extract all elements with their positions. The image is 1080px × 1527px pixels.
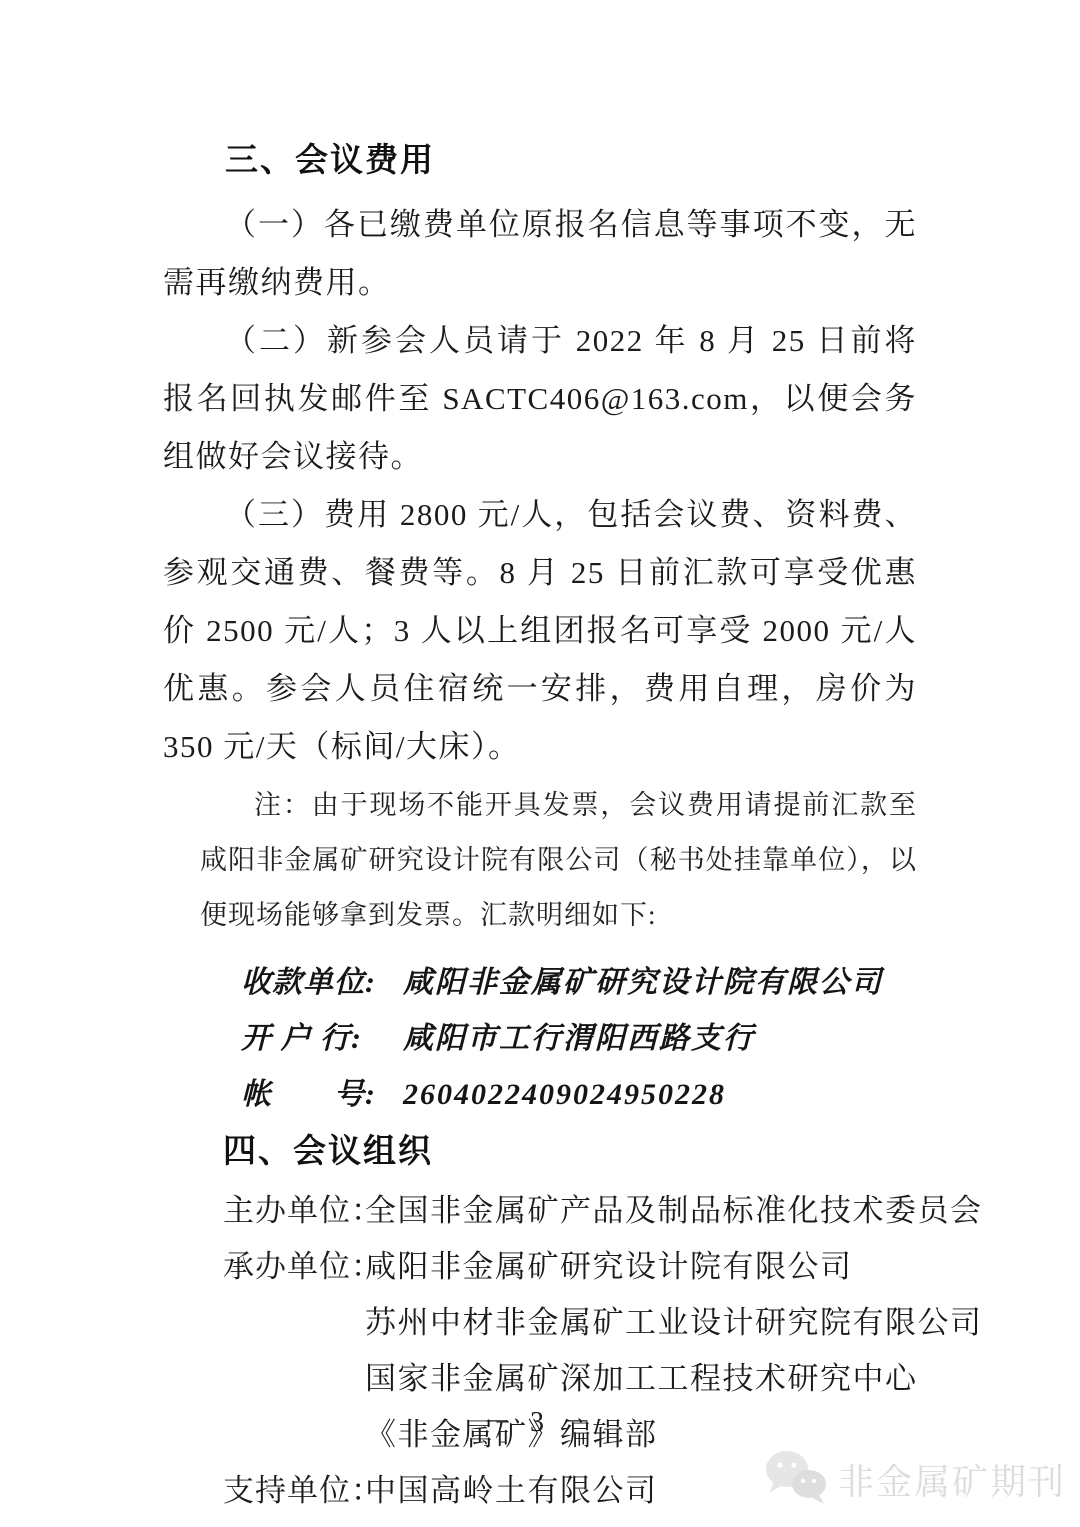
remittance-details: 收款单位: 咸阳非金属矿研究设计院有限公司 开 户 行: 咸阳市工行渭阳西路支行… <box>241 955 917 1123</box>
watermark-label: 非金属矿期刊 <box>838 1454 1066 1505</box>
org-row-host: 主办单位： 全国非金属矿产品及制品标准化技术委员会 <box>223 1183 917 1239</box>
org-row-organizer-2: 苏州中材非金属矿工业设计研究院有限公司 <box>223 1295 917 1351</box>
org-row-organizer-1: 承办单位： 咸阳非金属矿研究设计院有限公司 <box>223 1239 917 1295</box>
organizer-value-2: 苏州中材非金属矿工业设计研究院有限公司 <box>365 1295 983 1351</box>
fees-paragraph-1: （一）各已缴费单位原报名信息等事项不变，无需再缴纳费用。 <box>163 196 917 312</box>
supporter-value: 中国高岭土有限公司 <box>365 1463 658 1519</box>
fees-paragraph-2: （二）新参会人员请于 2022 年 8 月 25 日前将报名回执发邮件至 SAC… <box>163 312 917 486</box>
remittance-row-account: 帐 号: 2604022409024950228 <box>241 1067 917 1123</box>
page-number: － 3 － <box>0 1400 1080 1440</box>
payee-label: 收款单位: <box>241 955 393 1011</box>
organizer-label: 承办单位： <box>223 1239 365 1295</box>
fees-section-heading: 三、会议费用 <box>225 140 917 180</box>
organizer-value-3: 国家非金属矿深加工工程技术研究中心 <box>365 1351 918 1407</box>
organization-section-heading: 四、会议组织 <box>223 1131 917 1171</box>
bank-value: 咸阳市工行渭阳西路支行 <box>403 1011 755 1067</box>
remittance-row-bank: 开 户 行: 咸阳市工行渭阳西路支行 <box>241 1011 917 1067</box>
bank-label: 开 户 行: <box>241 1011 393 1067</box>
organizer-value-1: 咸阳非金属矿研究设计院有限公司 <box>365 1239 853 1295</box>
organizer-label-blank <box>223 1295 365 1351</box>
organizer-label-blank <box>223 1351 365 1407</box>
invoice-note: 注：由于现场不能开具发票，会议费用请提前汇款至咸阳非金属矿研究设计院有限公司（秘… <box>200 778 917 943</box>
host-value: 全国非金属矿产品及制品标准化技术委员会 <box>365 1183 983 1239</box>
account-number-label: 帐 号: <box>241 1067 393 1123</box>
wechat-icon <box>760 1446 832 1513</box>
host-label: 主办单位： <box>223 1183 365 1239</box>
org-row-organizer-3: 国家非金属矿深加工工程技术研究中心 <box>223 1351 917 1407</box>
journal-watermark: 非金属矿期刊 <box>760 1446 1066 1513</box>
fees-paragraph-3: （三）费用 2800 元/人，包括会议费、资料费、参观交通费、餐费等。8 月 2… <box>163 486 917 776</box>
account-number-value: 2604022409024950228 <box>403 1067 726 1123</box>
remittance-row-payee: 收款单位: 咸阳非金属矿研究设计院有限公司 <box>241 955 917 1011</box>
document-page: 三、会议费用 （一）各已缴费单位原报名信息等事项不变，无需再缴纳费用。 （二）新… <box>0 0 1080 1527</box>
document-content: 三、会议费用 （一）各已缴费单位原报名信息等事项不变，无需再缴纳费用。 （二）新… <box>163 140 917 1519</box>
payee-value: 咸阳非金属矿研究设计院有限公司 <box>403 955 883 1011</box>
supporter-label: 支持单位： <box>223 1463 365 1519</box>
